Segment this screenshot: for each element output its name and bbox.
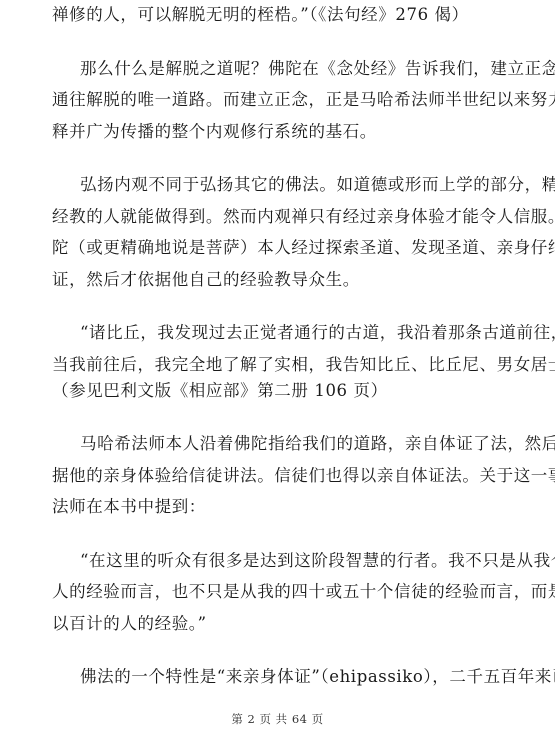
text-line: 通往解脱的唯一道路。而建立正念，正是马哈希法师半世纪以来努力阐 xyxy=(52,89,507,111)
text-line: 陀（或更精确地说是菩萨）本人经过探索圣道、发现圣道、亲身仔细体 xyxy=(52,237,507,259)
text-line: 释并广为传播的整个内观修行系统的基石。 xyxy=(52,121,507,143)
paragraph-4-quote: “诸比丘，我发现过去正觉者通行的古道，我沿着那条古道前往， 当我前往后，我完全地… xyxy=(52,322,507,402)
text-line: “诸比丘，我发现过去正觉者通行的古道，我沿着那条古道前往， xyxy=(52,322,507,344)
page-number-footer: 第 2 页 共 64 页 xyxy=(0,711,555,727)
paragraph-2: 那么什么是解脱之道呢？佛陀在《念处经》告诉我们，建立正念是 通往解脱的唯一道路。… xyxy=(52,58,507,143)
text-line: 禅修的人，可以解脱无明的桎梏。”（《法句经》276 偈） xyxy=(52,4,507,26)
text-line: 那么什么是解脱之道呢？佛陀在《念处经》告诉我们，建立正念是 xyxy=(52,58,507,80)
text-line: 法师在本书中提到： xyxy=(52,496,507,518)
text-line: 当我前往后，我完全地了解了实相，我告知比丘、比丘尼、男女居士。” xyxy=(52,354,507,376)
text-line: 佛法的一个特性是“来亲身体证”（ehipassiko），二千五百年来已有 xyxy=(52,666,507,688)
paragraph-6-quote: “在这里的听众有很多是达到这阶段智慧的行者。我不只是从我个 人的经验而言，也不只… xyxy=(52,550,507,635)
text-line: 证，然后才依据他自己的经验教导众生。 xyxy=(52,269,507,291)
paragraph-3: 弘扬内观不同于弘扬其它的佛法。如道德或形而上学的部分，精通 经教的人就能做得到。… xyxy=(52,174,507,291)
paragraph-5: 马哈希法师本人沿着佛陀指给我们的道路，亲自体证了法，然后依 据他的亲身体验给信徒… xyxy=(52,433,507,518)
text-line: “在这里的听众有很多是达到这阶段智慧的行者。我不只是从我个 xyxy=(52,550,507,572)
document-page: 禅修的人，可以解脱无明的桎梏。”（《法句经》276 偈） 那么什么是解脱之道呢？… xyxy=(52,4,507,688)
paragraph-7: 佛法的一个特性是“来亲身体证”（ehipassiko），二千五百年来已有 xyxy=(52,666,507,688)
text-line: 马哈希法师本人沿着佛陀指给我们的道路，亲自体证了法，然后依 xyxy=(52,433,507,455)
text-line: 据他的亲身体验给信徒讲法。信徒们也得以亲自体证法。关于这一事， xyxy=(52,465,507,487)
text-line: 以百计的人的经验。” xyxy=(52,613,507,635)
citation-line: （参见巴利文版《相应部》第二册 106 页） xyxy=(52,380,507,402)
text-line: 经教的人就能做得到。然而内观禅只有经过亲身体验才能令人信服。佛 xyxy=(52,206,507,228)
paragraph-1: 禅修的人，可以解脱无明的桎梏。”（《法句经》276 偈） xyxy=(52,4,507,26)
text-line: 弘扬内观不同于弘扬其它的佛法。如道德或形而上学的部分，精通 xyxy=(52,174,507,196)
text-line: 人的经验而言，也不只是从我的四十或五十个信徒的经验而言，而是数 xyxy=(52,581,507,603)
